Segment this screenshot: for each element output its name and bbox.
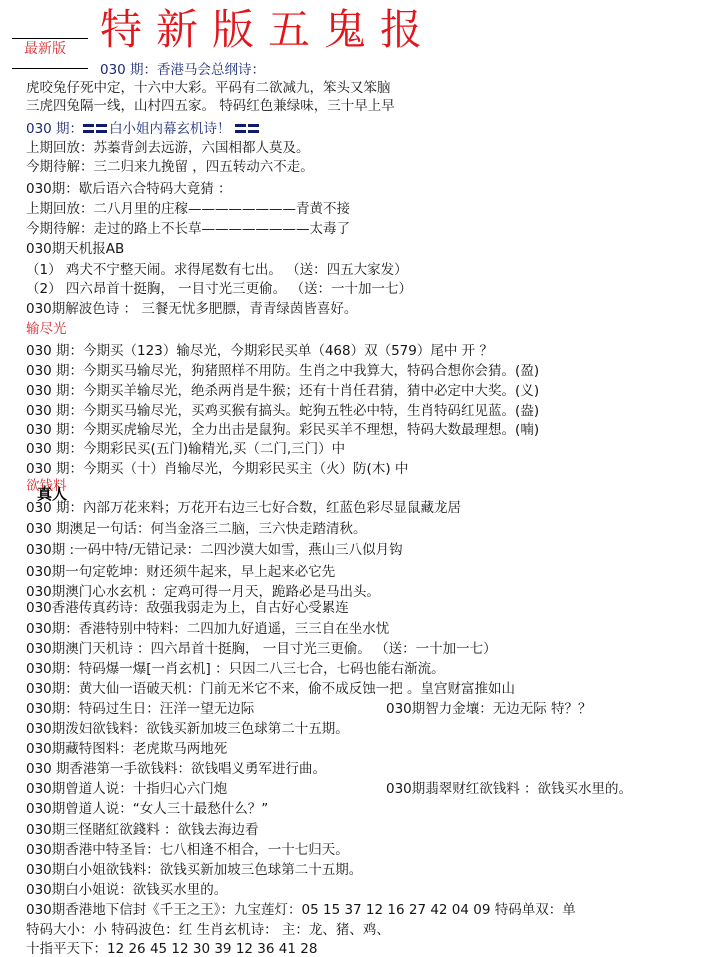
poem2-heading: 030 期：白小姐内幕玄机诗！ [26, 120, 261, 138]
money-line: 030期泼妇欲钱料：欲钱买新加坡三色球第二十五期。 [26, 720, 349, 738]
money-line: 030期香港中特圣旨：七八相逢不相合，一十七归天。 [26, 841, 349, 859]
money-line: 030期澳门天机诗 ：四六昂首十挺胸， 一目寸光三更偷。 （送：一十加一七） [26, 640, 497, 658]
money-line: 030期白小姐欲钱料：欲钱买新加坡三色球第二十五期。 [26, 861, 362, 879]
riddle-line: 今期待解：走过的路上不长草————————太毒了 [26, 220, 350, 238]
zeng-line: 030期曾道人说：十指归心六门炮 [26, 780, 227, 798]
tianji-line: （2） 四六昂首十挺胸， 一目寸光三更偷。 （送：一十加一七） [26, 280, 412, 298]
lose-line: 030 期：今期买羊输尽光，绝杀两肖是牛猴；还有十肖任君猜，猜中必定中大奖。(义… [26, 382, 539, 400]
riddle-line: 上期回放：二八月里的庄稼————————青黄不接 [26, 200, 350, 218]
money-line: 030期三怪賭紅欲錢料 ：欲钱去海边看 [26, 821, 259, 839]
money-line: 030期：黄大仙一语破天机：门前无米它不来，偷不成反蚀一把 。皇宫财富推如山 [26, 680, 515, 698]
birthday-line: 030期：特码过生日：汪洋一望无边际 [26, 700, 254, 718]
lose-line: 030 期：今期买（十）肖输尽光，今期彩民买主（火）防(木) 中 [26, 460, 408, 478]
poem1-line: 三虎四兔隔一线，山村四五家。 特码红色兼绿味，三十早上早 [26, 97, 395, 115]
poem2-title: 白小姐内幕玄机诗！ [109, 121, 231, 137]
double-bar-icon [83, 120, 109, 138]
money-line: 030 期香港第一手欲钱料：欲钱唱义勇军进行曲。 [26, 760, 326, 778]
money-line: 030期白小姐说：欲钱买水里的。 [26, 881, 227, 899]
poem2-line: 今期待解：三二归来九挽留 ，四五转动六不走。 [26, 158, 314, 176]
money-line: 030期：香港特别中特料：二四加九好逍遥，三三自在坐水忧 [26, 620, 389, 638]
lose-line: 030 期：今期买马输尽光，买鸡买猴有搞头。蛇狗五牲必中特，生肖特码红见蓝。(盎… [26, 402, 539, 420]
tianji-heading: 030期天机报AB [26, 240, 124, 258]
money-line: 030香港传真药诗：敌强我弱走为上，自古好心受累连 [26, 599, 349, 617]
money-line: 特码大小：小 特码波色：红 生肖玄机诗： 主：龙、猪、鸡、 [26, 921, 390, 939]
zhili-line: 030期智力金壤：无边无际 特？？ [386, 700, 592, 718]
page-title: 特新版五鬼报 [100, 4, 436, 56]
money-line: 030期香港地下信封《千王之王》：九宝莲灯：05 15 37 12 16 27 … [26, 901, 576, 919]
divider-top [12, 38, 88, 39]
poem1-line: 虎咬兔仔死中定，十六中大彩。平码有二欲减九，笨头又笨脑 [26, 79, 391, 97]
poem1-heading: 030 期：香港马会总纲诗： [100, 61, 265, 79]
lose-line: 030 期：今期买（123）输尽光，今期彩民买单（468）双（579）尾中 开 … [26, 342, 493, 360]
poem2-line: 上期回放：苏蓁背剑去远游，六国相都人莫及。 [26, 139, 310, 157]
riddle-heading: 030期：歇后语六合特码大竟猜 ： [26, 180, 232, 198]
money-line: 030期：特码爆一爆[一肖玄机] ：只因二八三七合，七码也能右渐流。 [26, 660, 445, 678]
tianji-line: （1） 鸡犬不宁整天闹。求得尾数有七出。 （送：四五大家发） [26, 261, 408, 279]
lose-line: 030 期：今期彩民买(五门)输精光,买（二门,三门）中 [26, 440, 345, 458]
newest-badge: 最新版 [24, 40, 66, 58]
money-line: 030期一句定乾坤：财还须牛起来，早上起来必它先 [26, 563, 335, 581]
money-line: 030期藏特图料：老虎欺马两地死 [26, 740, 227, 758]
divider-bottom [12, 68, 88, 69]
lose-line: 030 期：今期买马输尽光，狗猪照样不用防。生肖之中我算大，特码合想你会猜。(盈… [26, 362, 539, 380]
feicui-line: 030期翡翠财红欲钱料 ：欲钱买水里的。 [386, 780, 632, 798]
money-line: 030 期澳足一句话：何当金洛三二脑，三六快走踏清秋。 [26, 520, 367, 538]
lose-line: 030 期：今期买虎输尽光，全力出击是鼠狗。彩民买羊不理想，特码大数最理想。(喃… [26, 421, 539, 439]
money-line: 十指平天下：12 26 45 12 30 39 12 36 41 28 [26, 940, 317, 957]
double-bar-icon [235, 120, 261, 138]
bose-poem: 030期解波色诗 ： 三餐无忧多肥膘，青青绿茵皆喜好。 [26, 300, 357, 318]
poem2-prefix: 030 期： [26, 121, 83, 137]
money-line: 030期 :一码中特/无错记录：二四沙漠大如雪，燕山三八似月钩 [26, 541, 403, 559]
money-line: 030期曾道人说：“女人三十最愁什么？” [26, 800, 268, 818]
section-label-lose: 输尽光 [26, 320, 67, 338]
money-line: 030 期：內部万花来料；万花开右边三七好合数，红蓝色彩尽显鼠藏龙居 [26, 499, 461, 517]
